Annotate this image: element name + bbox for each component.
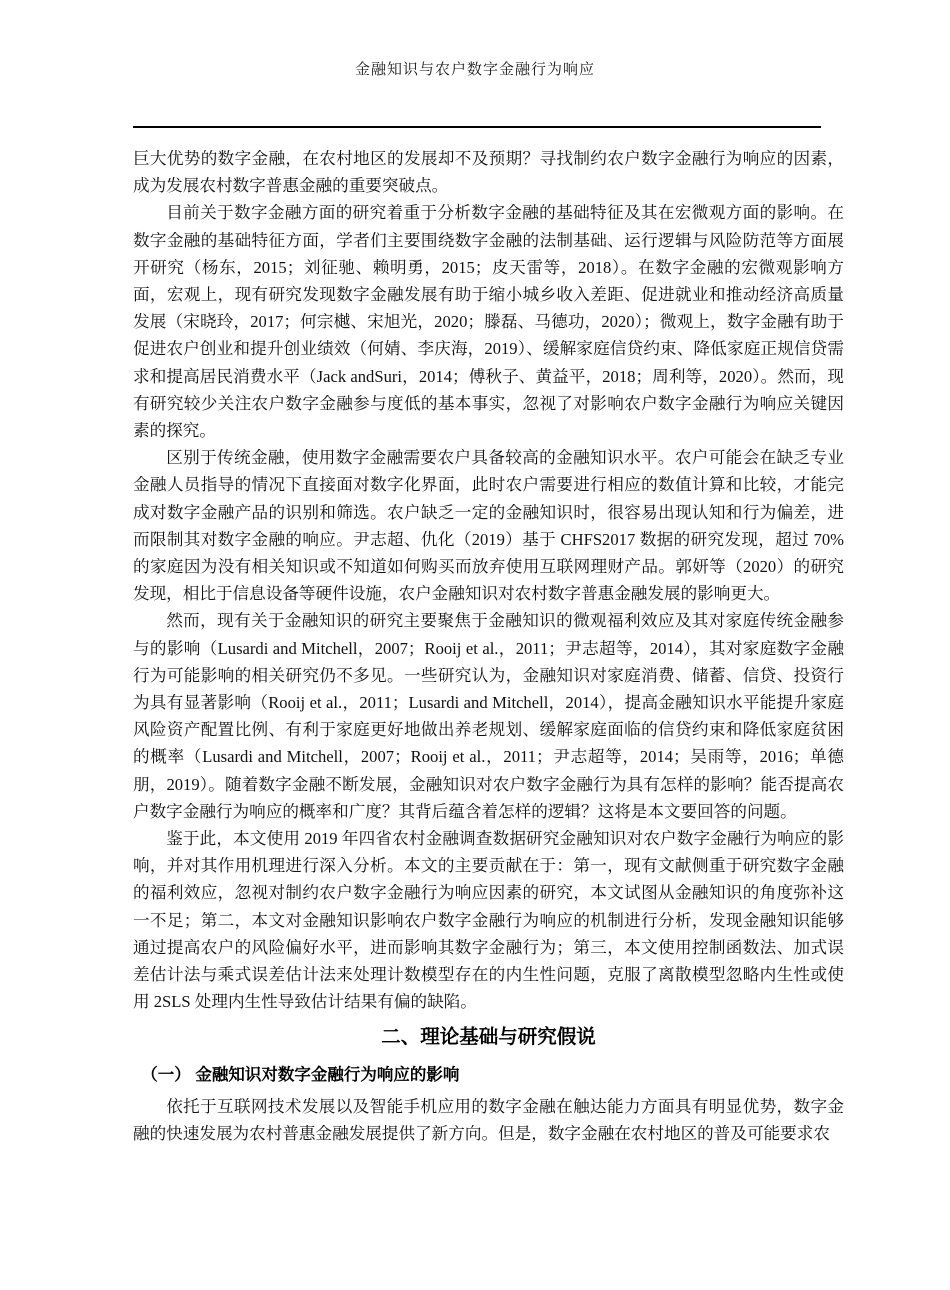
body-paragraph: 目前关于数字金融方面的研究着重于分析数字金融的基础特征及其在宏微观方面的影响。在… — [133, 199, 844, 444]
body-paragraph-continuation: 巨大优势的数字金融，在农村地区的发展却不及预期？寻找制约农户数字金融行为响应的因… — [133, 145, 844, 199]
document-page: 金融知识与农户数字金融行为响应 巨大优势的数字金融，在农村地区的发展却不及预期？… — [0, 0, 950, 1290]
body-paragraph: 鉴于此，本文使用 2019 年四省农村金融调查数据研究金融知识对农户数字金融行为… — [133, 825, 844, 1015]
running-head-title: 金融知识与农户数字金融行为响应 — [0, 58, 950, 79]
subsection-heading: （一） 金融知识对数字金融行为响应的影响 — [133, 1061, 844, 1089]
header-divider-line — [133, 126, 821, 128]
document-body: 巨大优势的数字金融，在农村地区的发展却不及预期？寻找制约农户数字金融行为响应的因… — [133, 145, 844, 1147]
body-paragraph: 然而，现有关于金融知识的研究主要聚焦于金融知识的微观福利效应及其对家庭传统金融参… — [133, 607, 844, 825]
section-heading: 二、理论基础与研究假说 — [133, 1022, 844, 1052]
body-paragraph: 区别于传统金融，使用数字金融需要农户具备较高的金融知识水平。农户可能会在缺乏专业… — [133, 444, 844, 607]
body-paragraph: 依托于互联网技术发展以及智能手机应用的数字金融在触达能力方面具有明显优势，数字金… — [133, 1093, 844, 1147]
